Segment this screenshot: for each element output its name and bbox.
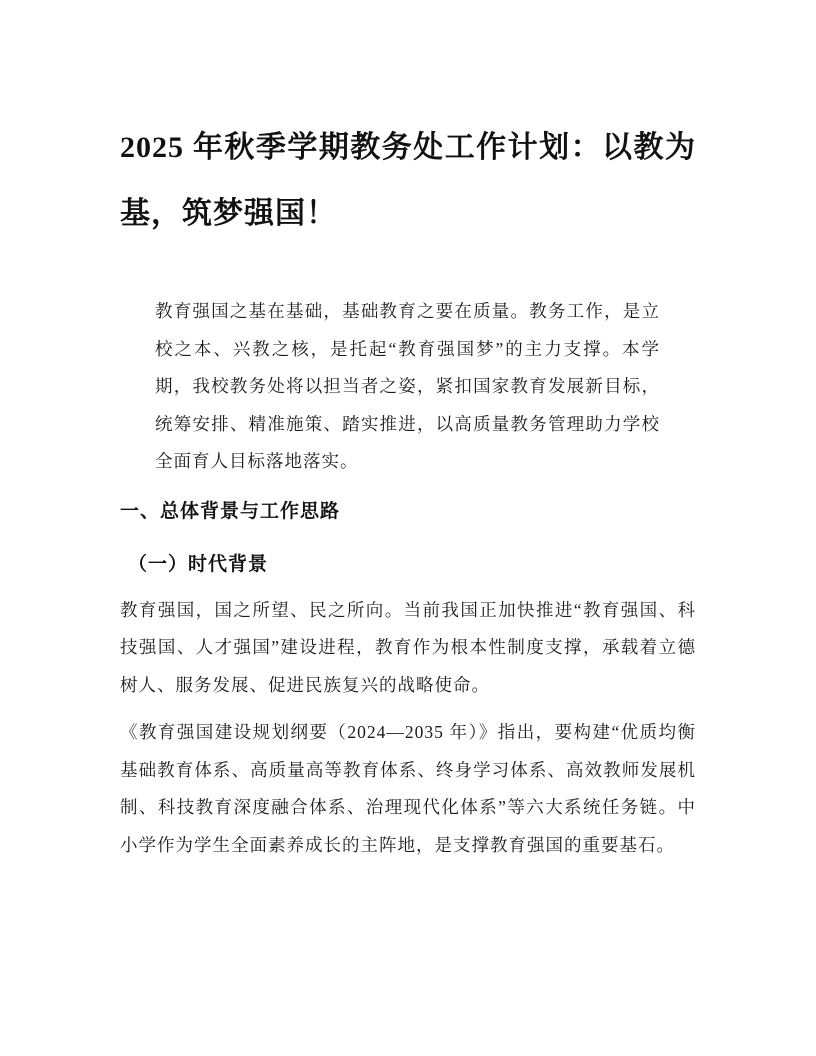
document-page: 2025 年秋季学期教务处工作计划：以教为基，筑梦强国！ 教育强国之基在基础，基… <box>0 0 816 1056</box>
intro-paragraph: 教育强国之基在基础，基础教育之要在质量。教务工作，是立校之本、兴教之核，是托起“… <box>155 293 660 481</box>
body-paragraph: 教育强国，国之所望、民之所向。当前我国正加快推进“教育强国、科技强国、人才强国”… <box>120 592 696 705</box>
section-heading: 一、总体背景与工作思路 <box>120 499 696 525</box>
subsection-heading: （一）时代背景 <box>128 552 696 578</box>
body-paragraph: 《教育强国建设规划纲要（2024—2035 年）》指出，要构建“优质均衡基础教育… <box>120 714 696 864</box>
document-title: 2025 年秋季学期教务处工作计划：以教为基，筑梦强国！ <box>120 115 696 247</box>
